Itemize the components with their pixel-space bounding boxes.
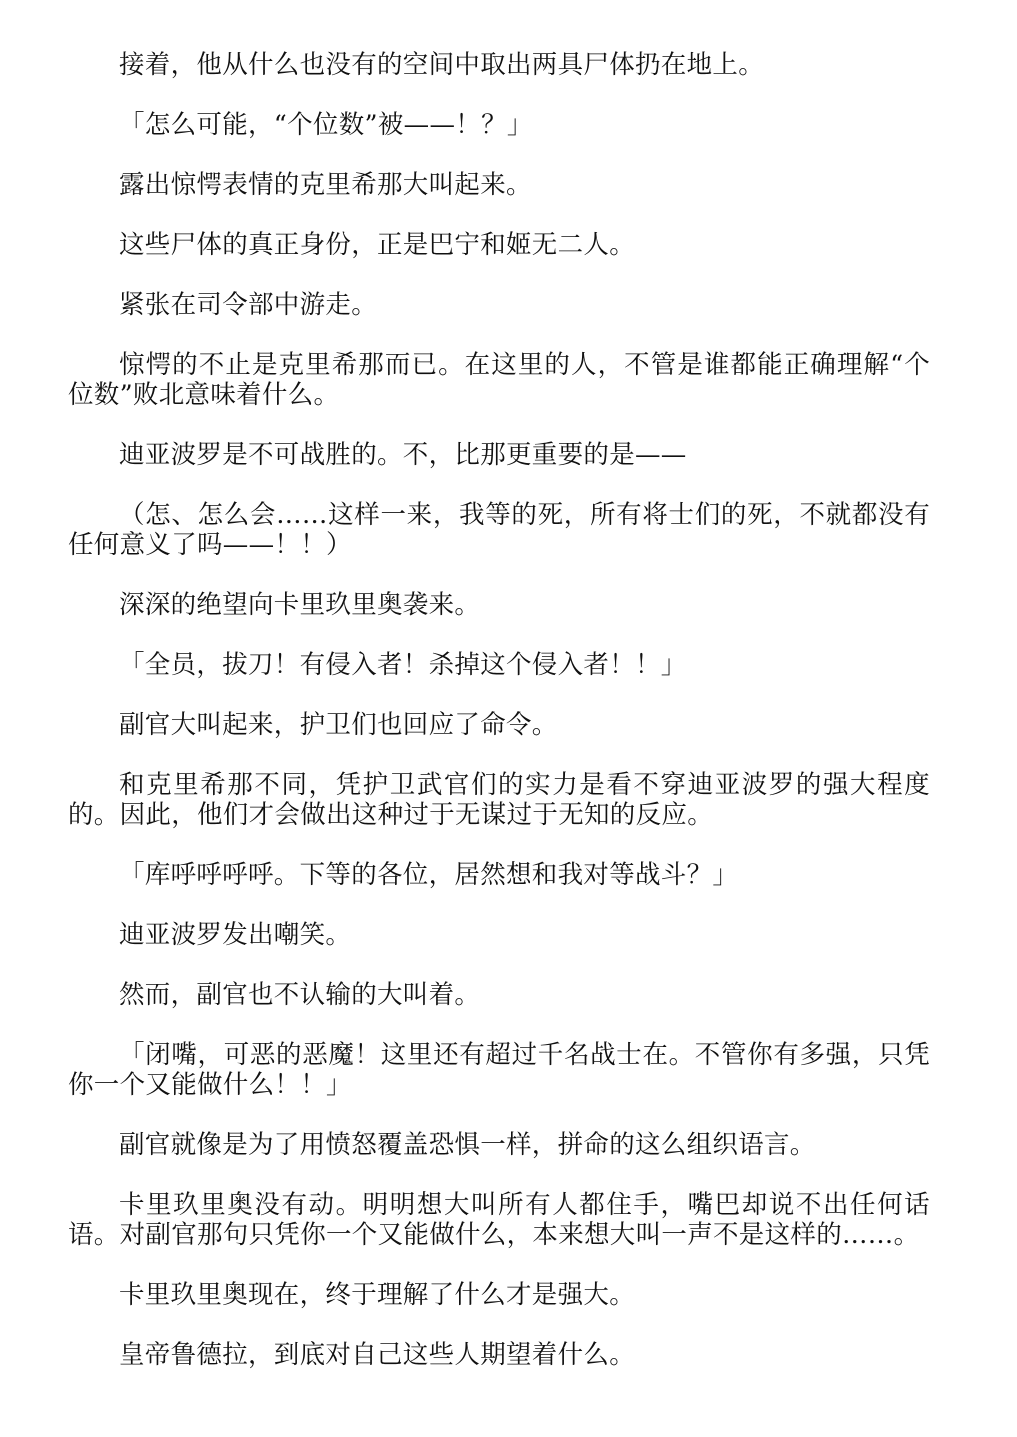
- paragraph: 然而，副官也不认输的大叫着。: [68, 980, 930, 1010]
- paragraph: 迪亚波罗发出嘲笑。: [68, 920, 930, 950]
- paragraph: 「闭嘴，可恶的恶魔！这里还有超过千名战士在。不管你有多强，只凭你一个又能做什么！…: [68, 1040, 930, 1100]
- paragraph: 「怎么可能，“个位数”被——！？」: [68, 110, 930, 140]
- paragraph: 和克里希那不同，凭护卫武官们的实力是看不穿迪亚波罗的强大程度的。因此，他们才会做…: [68, 770, 930, 830]
- paragraph: 紧张在司令部中游走。: [68, 290, 930, 320]
- paragraph: 这些尸体的真正身份，正是巴宁和姬无二人。: [68, 230, 930, 260]
- paragraph: 副官大叫起来，护卫们也回应了命令。: [68, 710, 930, 740]
- paragraph: （怎、怎么会……这样一来，我等的死，所有将士们的死，不就都没有任何意义了吗——！…: [68, 500, 930, 560]
- paragraph: 露出惊愕表情的克里希那大叫起来。: [68, 170, 930, 200]
- paragraph: 深深的绝望向卡里玖里奥袭来。: [68, 590, 930, 620]
- paragraph: 惊愕的不止是克里希那而已。在这里的人，不管是谁都能正确理解“个位数”败北意味着什…: [68, 350, 930, 410]
- paragraph: 接着，他从什么也没有的空间中取出两具尸体扔在地上。: [68, 50, 930, 80]
- paragraph: 迪亚波罗是不可战胜的。不，比那更重要的是——: [68, 440, 930, 470]
- document-page: 接着，他从什么也没有的空间中取出两具尸体扔在地上。 「怎么可能，“个位数”被——…: [68, 50, 930, 1400]
- paragraph: 卡里玖里奥现在，终于理解了什么才是强大。: [68, 1280, 930, 1310]
- paragraph: 卡里玖里奥没有动。明明想大叫所有人都住手，嘴巴却说不出任何话语。对副官那句只凭你…: [68, 1190, 930, 1250]
- paragraph: 皇帝鲁德拉，到底对自己这些人期望着什么。: [68, 1340, 930, 1370]
- paragraph: 「库呼呼呼呼。下等的各位，居然想和我对等战斗？」: [68, 860, 930, 890]
- paragraph: 「全员，拔刀！有侵入者！杀掉这个侵入者！！」: [68, 650, 930, 680]
- paragraph: 副官就像是为了用愤怒覆盖恐惧一样，拼命的这么组织语言。: [68, 1130, 930, 1160]
